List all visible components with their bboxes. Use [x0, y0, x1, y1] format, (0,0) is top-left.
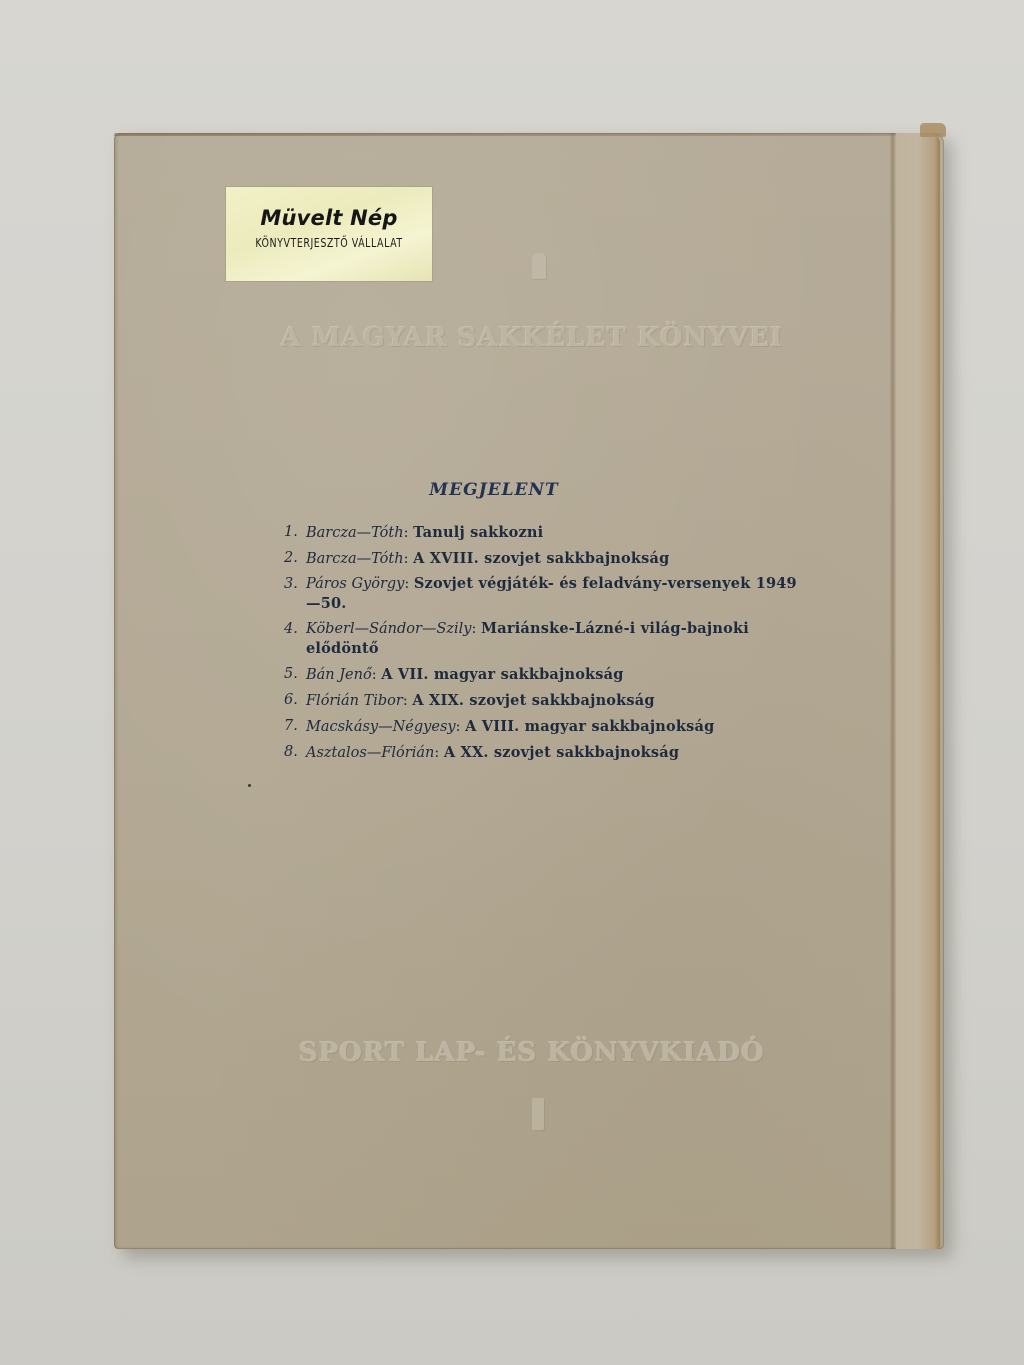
torn-corner [920, 123, 946, 137]
item-separator: : [403, 693, 413, 709]
sticker-title: Müvelt Nép [226, 206, 432, 230]
book-top-edge [114, 133, 944, 136]
sticker-subtitle: KÖNYVTERJESZTŐ VÁLLALAT [238, 236, 419, 250]
list-item: 4. Köberl—Sándor—Szily: Mariánske-Lázné-… [284, 617, 804, 662]
item-separator: : [472, 621, 482, 637]
item-separator: : [404, 551, 414, 567]
item-title: A VII. magyar sakkbajnokság [381, 666, 623, 683]
list-item: 8. Asztalos—Flórián: A XX. szovjet sakkb… [284, 740, 804, 766]
list-item: 2. Barcza—Tóth: A XVIII. szovjet sakkbaj… [284, 546, 804, 572]
item-author: Asztalos—Flórián [306, 745, 434, 761]
item-title: Tanulj sakkozni [413, 524, 543, 541]
list-item: 3. Páros György: Szovjet végjáték- és fe… [284, 572, 804, 617]
item-author: Barcza—Tóth [306, 525, 404, 541]
list-item: 6. Flórián Tibor: A XIX. szovjet sakkbaj… [284, 688, 804, 714]
published-books-list: 1. Barcza—Tóth: Tanulj sakkozni 2. Barcz… [284, 520, 804, 766]
item-separator: : [404, 576, 414, 592]
paper-speck [248, 784, 251, 787]
item-author: Barcza—Tóth [306, 551, 404, 567]
item-author: Köberl—Sándor—Szily [306, 621, 472, 637]
item-number: 2. [284, 546, 306, 572]
item-number: 5. [284, 662, 306, 688]
item-number: 1. [284, 520, 306, 546]
item-title: A XX. szovjet sakkbajnokság [444, 744, 679, 761]
list-item: 5. Bán Jenő: A VII. magyar sakkbajnokság [284, 662, 804, 688]
distributor-sticker: Müvelt Nép KÖNYVTERJESZTŐ VÁLLALAT [226, 187, 432, 281]
item-number: 3. [284, 572, 306, 617]
item-number: 8. [284, 740, 306, 766]
item-separator: : [434, 745, 444, 761]
item-author: Bán Jenő [306, 667, 372, 683]
item-title: A VIII. magyar sakkbajnokság [465, 718, 714, 735]
item-author: Flórián Tibor [306, 693, 403, 709]
photo-scene: Müvelt Nép KÖNYVTERJESZTŐ VÁLLALAT A MAG… [0, 0, 1024, 1365]
item-author: Páros György [306, 576, 404, 592]
series-title-embossed: A MAGYAR SAKKÉLET KÖNYVEI [152, 323, 912, 353]
item-number: 6. [284, 688, 306, 714]
item-separator: : [372, 667, 382, 683]
item-title: A XIX. szovjet sakkbajnokság [412, 692, 654, 709]
book-back-cover: Müvelt Nép KÖNYVTERJESZTŐ VÁLLALAT A MAG… [114, 133, 944, 1249]
list-item: 1. Barcza—Tóth: Tanulj sakkozni [284, 520, 804, 546]
item-title: A XVIII. szovjet sakkbajnokság [413, 550, 669, 567]
item-separator: : [456, 719, 466, 735]
list-item: 7. Macskásy—Négyesy: A VIII. magyar sakk… [284, 714, 804, 740]
published-books-section: MEGJELENT 1. Barcza—Tóth: Tanulj sakkozn… [284, 480, 804, 766]
item-separator: : [404, 525, 414, 541]
item-number: 4. [284, 617, 306, 662]
publisher-name-embossed: SPORT LAP- ÉS KÖNYVKIADÓ [152, 1038, 912, 1068]
chess-pawn-emblem-icon [532, 253, 546, 279]
item-number: 7. [284, 714, 306, 740]
published-heading: MEGJELENT [284, 480, 704, 500]
item-author: Macskásy—Négyesy [306, 719, 456, 735]
spine-strip [896, 133, 940, 1249]
publisher-emblem-icon [532, 1098, 544, 1130]
